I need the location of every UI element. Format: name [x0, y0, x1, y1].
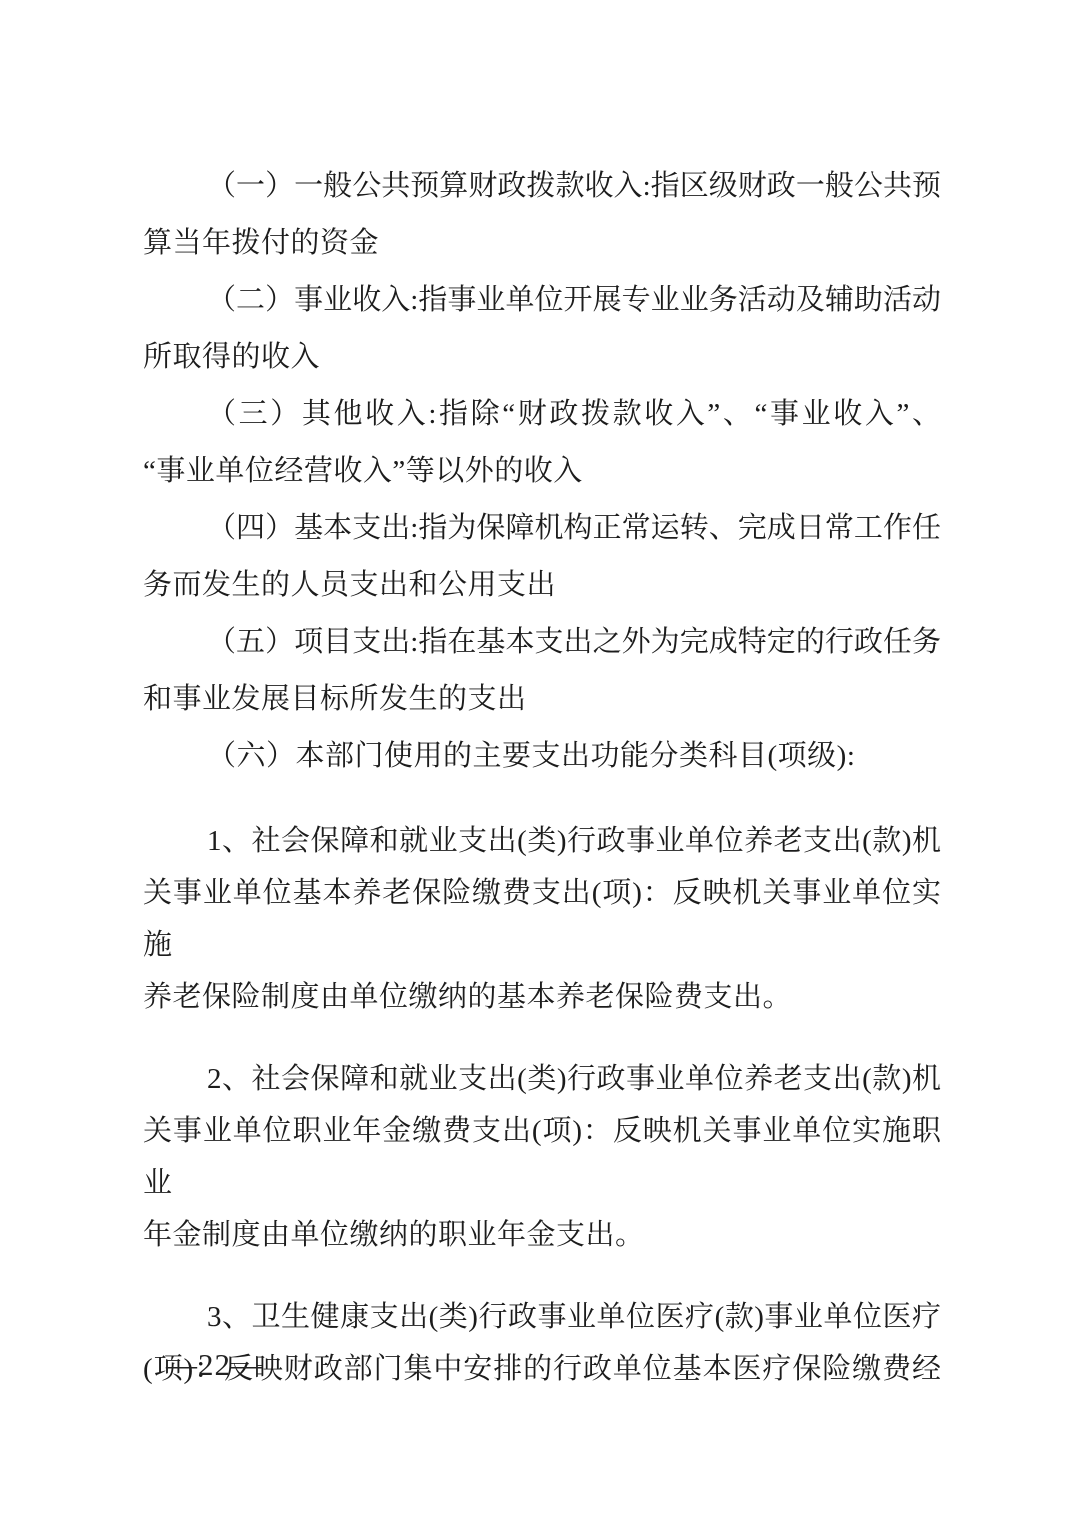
- text-line: （一）一般公共预算财政拨款收入:指区级财政一般公共预: [143, 158, 941, 215]
- text-line: （四）基本支出:指为保障机构正常运转、完成日常工作任: [143, 500, 941, 557]
- text-line: 关事业单位职业年金缴费支出(项)：反映机关事业单位实施职业: [143, 1105, 941, 1209]
- text-line: 养老保险制度由单位缴纳的基本养老保险费支出。: [143, 971, 941, 1023]
- text-line: 年金制度由单位缴纳的职业年金支出。: [143, 1209, 941, 1261]
- text-line: （六）本部门使用的主要支出功能分类科目(项级):: [143, 728, 941, 785]
- expense-category-paragraph: 2、社会保障和就业支出(类)行政事业单位养老支出(款)机 关事业单位职业年金缴费…: [143, 1053, 941, 1261]
- definition-paragraph: （四）基本支出:指为保障机构正常运转、完成日常工作任 务而发生的人员支出和公用支…: [143, 500, 941, 614]
- definition-paragraph: （二）事业收入:指事业单位开展专业业务活动及辅助活动 所取得的收入: [143, 272, 941, 386]
- text-line: 所取得的收入: [143, 329, 941, 386]
- definition-paragraph: （六）本部门使用的主要支出功能分类科目(项级):: [143, 728, 941, 785]
- text-line: 务而发生的人员支出和公用支出: [143, 557, 941, 614]
- document-body: （一）一般公共预算财政拨款收入:指区级财政一般公共预 算当年拨付的资金 （二）事…: [143, 158, 941, 1395]
- page-number: —22—: [166, 1345, 263, 1385]
- expense-category-paragraph: 1、社会保障和就业支出(类)行政事业单位养老支出(款)机 关事业单位基本养老保险…: [143, 815, 941, 1023]
- text-line: 2、社会保障和就业支出(类)行政事业单位养老支出(款)机: [143, 1053, 941, 1105]
- text-line: （三）其他收入:指除“财政拨款收入”、“事业收入”、: [143, 386, 941, 443]
- text-line: （五）项目支出:指在基本支出之外为完成特定的行政任务: [143, 614, 941, 671]
- text-line: 关事业单位基本养老保险缴费支出(项)：反映机关事业单位实施: [143, 867, 941, 971]
- text-line: “事业单位经营收入”等以外的收入: [143, 443, 941, 500]
- document-page: （一）一般公共预算财政拨款收入:指区级财政一般公共预 算当年拨付的资金 （二）事…: [0, 0, 1074, 1520]
- text-line: 和事业发展目标所发生的支出: [143, 671, 941, 728]
- definition-paragraph: （三）其他收入:指除“财政拨款收入”、“事业收入”、 “事业单位经营收入”等以外…: [143, 386, 941, 500]
- text-line: 算当年拨付的资金: [143, 215, 941, 272]
- definition-paragraph: （五）项目支出:指在基本支出之外为完成特定的行政任务 和事业发展目标所发生的支出: [143, 614, 941, 728]
- text-line: （二）事业收入:指事业单位开展专业业务活动及辅助活动: [143, 272, 941, 329]
- text-line: 3、卫生健康支出(类)行政事业单位医疗(款)事业单位医疗: [143, 1291, 941, 1343]
- text-line: 1、社会保障和就业支出(类)行政事业单位养老支出(款)机: [143, 815, 941, 867]
- definition-paragraph: （一）一般公共预算财政拨款收入:指区级财政一般公共预 算当年拨付的资金: [143, 158, 941, 272]
